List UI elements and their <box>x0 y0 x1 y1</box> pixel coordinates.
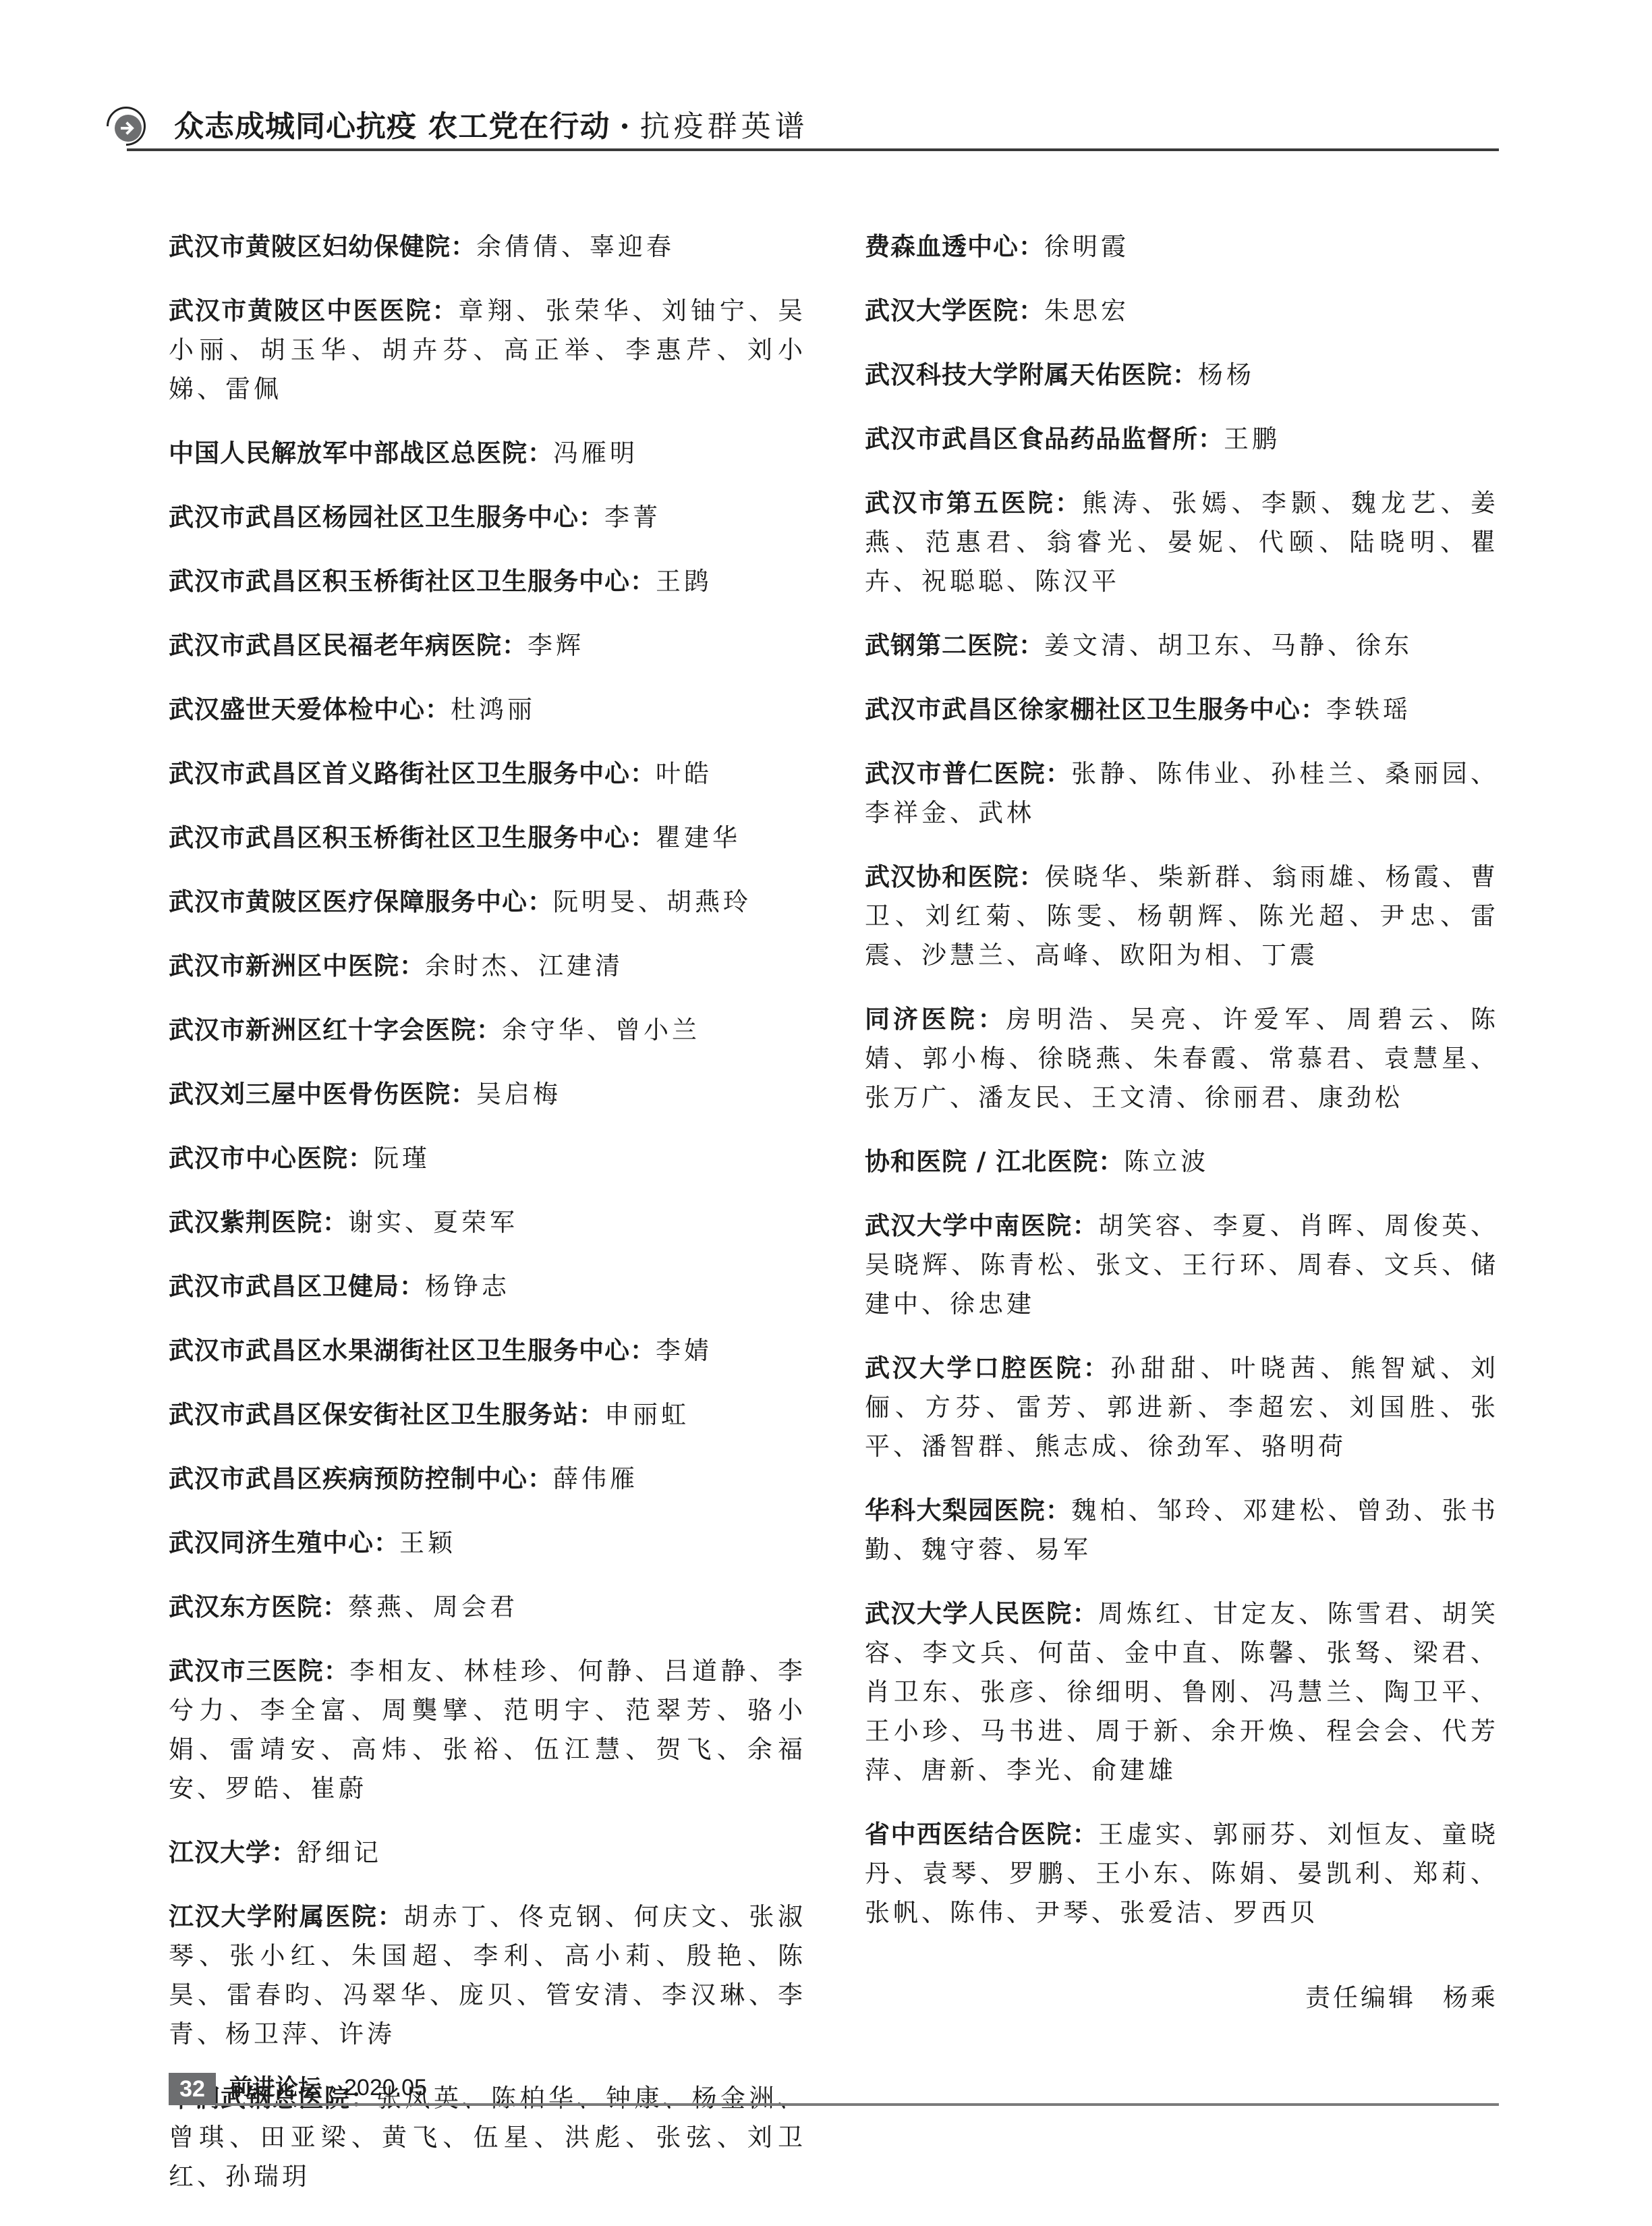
organization-name: 江汉大学： <box>169 1838 297 1867</box>
honoree-names: 王鹍 <box>656 567 712 596</box>
honoree-names: 杨铮志 <box>425 1272 510 1301</box>
honoree-names: 瞿建华 <box>656 823 741 852</box>
honoree-names: 徐明霞 <box>1044 232 1129 261</box>
honoree-names: 吴启梅 <box>476 1080 561 1109</box>
section-title-sub: 抗疫群英谱 <box>640 109 809 144</box>
honoree-entry: 武汉市武昌区食品药品监督所：王鹏 <box>865 420 1499 459</box>
organization-name: 武汉同济生殖中心： <box>169 1528 399 1557</box>
issue-date: 2020.05 <box>344 2075 427 2100</box>
page-header: 众志成城同心抗疫 农工党在行动·抗疫群英谱 <box>107 107 1499 154</box>
left-column: 武汉市黄陂区妇幼保健院：余倩倩、辜迎春 武汉市黄陂区中医医院：章翔、张荣华、刘铀… <box>169 202 806 2215</box>
honoree-entry: 武汉大学人民医院：周炼红、甘定友、陈雪君、胡笑容、李文兵、何苗、金中直、陈馨、张… <box>865 1594 1499 1790</box>
honoree-entry: 武汉盛世天爱体检中心：杜鸿丽 <box>169 690 806 729</box>
organization-name: 武汉市新洲区中医院： <box>169 951 425 980</box>
honoree-names: 王颖 <box>399 1528 456 1557</box>
honoree-names: 舒细记 <box>297 1838 382 1867</box>
honoree-names: 冯雁明 <box>553 439 638 468</box>
organization-name: 武汉市武昌区杨园社区卫生服务中心： <box>169 503 604 532</box>
honoree-entry: 武汉市三医院：李相友、林桂珍、何静、吕道静、李兮力、李全富、周龑擘、范明宇、范翠… <box>169 1652 806 1808</box>
honoree-entry: 省中西医结合医院：王虚实、郭丽芬、刘恒友、童晓丹、袁琴、罗鹏、王小东、陈娟、晏凯… <box>865 1815 1499 1932</box>
honoree-names: 余时杰、江建清 <box>425 951 623 980</box>
honoree-entry: 武汉刘三屋中医骨伤医院：吴启梅 <box>169 1075 806 1114</box>
organization-name: 武汉市第五医院： <box>865 489 1082 518</box>
organization-name: 武汉市武昌区徐家棚社区卫生服务中心： <box>865 695 1326 724</box>
honoree-entry: 武汉东方医院：蔡燕、周会君 <box>169 1588 806 1627</box>
honoree-names: 申丽虹 <box>604 1400 689 1429</box>
honoree-entry: 武汉市普仁医院：张静、陈伟业、孙桂兰、桑丽园、李祥金、武林 <box>865 754 1499 833</box>
honoree-entry: 武汉市武昌区积玉桥街社区卫生服务中心：瞿建华 <box>169 818 806 858</box>
organization-name: 华科大梨园医院： <box>865 1496 1071 1525</box>
organization-name: 武汉市武昌区疾病预防控制中心： <box>169 1464 553 1493</box>
honoree-entry: 武汉市黄陂区妇幼保健院：余倩倩、辜迎春 <box>169 227 806 267</box>
organization-name: 武汉市新洲区红十字会医院： <box>169 1015 502 1045</box>
honoree-entry: 武汉市武昌区疾病预防控制中心：薛伟雁 <box>169 1459 806 1499</box>
honoree-entry: 费森血透中心：徐明霞 <box>865 227 1499 267</box>
organization-name: 武汉市武昌区民福老年病医院： <box>169 631 528 660</box>
section-title-main: 众志成城同心抗疫 农工党在行动 <box>174 109 610 144</box>
honoree-entry: 武汉市中心医院：阮瑾 <box>169 1139 806 1178</box>
arrow-right-circle-icon <box>115 115 142 142</box>
honoree-names: 朱思宏 <box>1044 296 1129 325</box>
organization-name: 武汉市武昌区首义路街社区卫生服务中心： <box>169 759 656 788</box>
honoree-names: 薛伟雁 <box>553 1464 638 1493</box>
honoree-names: 杨杨 <box>1198 360 1255 389</box>
editor-credit: 责任编辑杨乘 <box>1305 1981 1498 2015</box>
honoree-entry: 武汉紫荆医院：谢实、夏荣军 <box>169 1203 806 1242</box>
organization-name: 武汉紫荆医院： <box>169 1208 348 1237</box>
page-footer: 32 前进论坛2020.05 <box>169 2073 1499 2107</box>
organization-name: 武汉盛世天爱体检中心： <box>169 695 451 724</box>
organization-name: 费森血透中心： <box>865 232 1044 261</box>
honoree-entry: 武汉市武昌区积玉桥街社区卫生服务中心：王鹍 <box>169 562 806 601</box>
honoree-names: 余倩倩、辜迎春 <box>476 232 675 261</box>
organization-name: 武汉市黄陂区医疗保障服务中心： <box>169 887 553 916</box>
honoree-entry: 同济医院：房明浩、吴亮、许爱军、周碧云、陈婧、郭小梅、徐晓燕、朱春霞、常慕君、袁… <box>865 1000 1499 1117</box>
organization-name: 中国人民解放军中部战区总医院： <box>169 439 553 468</box>
footer-publication: 前进论坛2020.05 <box>229 2074 427 2101</box>
organization-name: 武汉市武昌区积玉桥街社区卫生服务中心： <box>169 567 656 596</box>
honoree-entry: 武汉市武昌区水果湖街社区卫生服务中心：李婧 <box>169 1331 806 1370</box>
honoree-entry: 武汉市黄陂区医疗保障服务中心：阮明旻、胡燕玲 <box>169 883 806 922</box>
honoree-names: 姜文清、胡卫东、马静、徐东 <box>1044 631 1413 660</box>
honoree-entry: 武汉市武昌区徐家棚社区卫生服务中心：李轶瑶 <box>865 690 1499 729</box>
honoree-entry: 武钢第二医院：姜文清、胡卫东、马静、徐东 <box>865 626 1499 665</box>
honoree-entry: 武汉市武昌区杨园社区卫生服务中心：李菁 <box>169 498 806 537</box>
honoree-names: 李辉 <box>528 631 584 660</box>
organization-name: 武汉市普仁医院： <box>865 759 1071 788</box>
honoree-entry: 江汉大学：舒细记 <box>169 1833 806 1872</box>
honoree-entry: 武汉市武昌区卫健局：杨铮志 <box>169 1267 806 1306</box>
organization-name: 武汉科技大学附属天佑医院： <box>865 360 1198 389</box>
organization-name: 武汉大学中南医院： <box>865 1211 1098 1240</box>
organization-name: 武汉东方医院： <box>169 1592 348 1621</box>
organization-name: 武汉市武昌区食品药品监督所： <box>865 424 1224 453</box>
honoree-names: 阮瑾 <box>374 1144 430 1173</box>
organization-name: 武汉协和医院： <box>865 862 1045 891</box>
honoree-entry: 武汉科技大学附属天佑医院：杨杨 <box>865 356 1499 395</box>
honoree-entry: 武汉市武昌区首义路街社区卫生服务中心：叶皓 <box>169 754 806 794</box>
header-rule <box>127 148 1499 151</box>
organization-name: 武汉市三医院： <box>169 1657 349 1686</box>
honoree-names: 杜鸿丽 <box>451 695 536 724</box>
footer-rule <box>216 2103 1499 2106</box>
organization-name: 省中西医结合医院： <box>865 1820 1098 1849</box>
organization-name: 武汉市黄陂区中医医院： <box>169 296 459 325</box>
organization-name: 协和医院 / 江北医院： <box>865 1147 1124 1176</box>
honoree-entry: 中国人民解放军中部战区总医院：冯雁明 <box>169 434 806 473</box>
honoree-entry: 武汉市新洲区红十字会医院：余守华、曾小兰 <box>169 1011 806 1050</box>
magazine-name: 前进论坛 <box>229 2074 321 2101</box>
organization-name: 同济医院： <box>865 1005 1006 1034</box>
organization-name: 武汉市武昌区积玉桥街社区卫生服务中心： <box>169 823 656 852</box>
honoree-names: 余守华、曾小兰 <box>502 1015 700 1045</box>
organization-name: 武汉市武昌区水果湖街社区卫生服务中心： <box>169 1336 656 1365</box>
honoree-entry: 武汉市武昌区民福老年病医院：李辉 <box>169 626 806 665</box>
honoree-names: 李轶瑶 <box>1326 695 1411 724</box>
honoree-entry: 武汉同济生殖中心：王颖 <box>169 1524 806 1563</box>
organization-name: 武汉市武昌区保安街社区卫生服务站： <box>169 1400 604 1429</box>
organization-name: 武汉市中心医院： <box>169 1144 374 1173</box>
honoree-entry: 武汉协和医院：侯晓华、柴新群、翁雨雄、杨霞、曹卫、刘红菊、陈雯、杨朝辉、陈光超、… <box>865 858 1499 975</box>
honoree-entry: 武汉市新洲区中医院：余时杰、江建清 <box>169 947 806 986</box>
editor-label: 责任编辑 <box>1305 1983 1416 2012</box>
honoree-entry: 华科大梨园医院：魏柏、邹玲、邓建松、曾劲、张书勤、魏守蓉、易军 <box>865 1491 1499 1569</box>
title-separator: · <box>619 109 630 144</box>
organization-name: 武汉市黄陂区妇幼保健院： <box>169 232 476 261</box>
honoree-entry: 武汉市第五医院：熊涛、张嫣、李颢、魏龙艺、姜燕、范惠君、翁睿光、晏妮、代颐、陆晓… <box>865 484 1499 601</box>
honoree-names: 李婧 <box>656 1336 712 1365</box>
organization-name: 武钢第二医院： <box>865 631 1044 660</box>
honoree-names: 阮明旻、胡燕玲 <box>553 887 751 916</box>
right-column: 费森血透中心：徐明霞 武汉大学医院：朱思宏 武汉科技大学附属天佑医院：杨杨 武汉… <box>865 202 1499 1951</box>
arrow-right-glyph-icon <box>119 119 138 138</box>
honoree-names: 李菁 <box>604 503 661 532</box>
honoree-entry: 武汉大学医院：朱思宏 <box>865 291 1499 331</box>
organization-name: 武汉大学口腔医院： <box>865 1354 1110 1383</box>
honoree-names: 蔡燕、周会君 <box>348 1592 518 1621</box>
honoree-entry: 协和医院 / 江北医院：陈立波 <box>865 1142 1499 1181</box>
page-number: 32 <box>169 2073 216 2105</box>
section-title: 众志成城同心抗疫 农工党在行动·抗疫群英谱 <box>174 109 809 144</box>
honoree-entry: 江汉大学附属医院：胡赤丁、佟克钢、何庆文、张淑琴、张小红、朱国超、李利、高小莉、… <box>169 1897 806 2054</box>
organization-name: 武汉大学人民医院： <box>865 1599 1098 1628</box>
organization-name: 武汉市武昌区卫健局： <box>169 1272 425 1301</box>
honoree-names: 谢实、夏荣军 <box>348 1208 518 1237</box>
honoree-names: 陈立波 <box>1124 1147 1209 1176</box>
honoree-entry: 武汉大学口腔医院：孙甜甜、叶晓茜、熊智斌、刘俪、方芬、雷芳、郭进新、李超宏、刘国… <box>865 1349 1499 1466</box>
organization-name: 江汉大学附属医院： <box>169 1902 403 1931</box>
organization-name: 武汉刘三屋中医骨伤医院： <box>169 1080 476 1109</box>
honoree-entry: 武汉大学中南医院：胡笑容、李夏、肖晖、周俊英、吴晓辉、陈青松、张文、王行环、周春… <box>865 1206 1499 1324</box>
honoree-names: 王鹏 <box>1224 424 1280 453</box>
honoree-names: 叶皓 <box>656 759 712 788</box>
honoree-entry: 武汉市黄陂区中医医院：章翔、张荣华、刘铀宁、吴小丽、胡玉华、胡卉芬、高正举、李惠… <box>169 291 806 409</box>
editor-name: 杨乘 <box>1443 1983 1498 2012</box>
organization-name: 武汉大学医院： <box>865 296 1044 325</box>
honoree-entry: 武汉市武昌区保安街社区卫生服务站：申丽虹 <box>169 1395 806 1435</box>
